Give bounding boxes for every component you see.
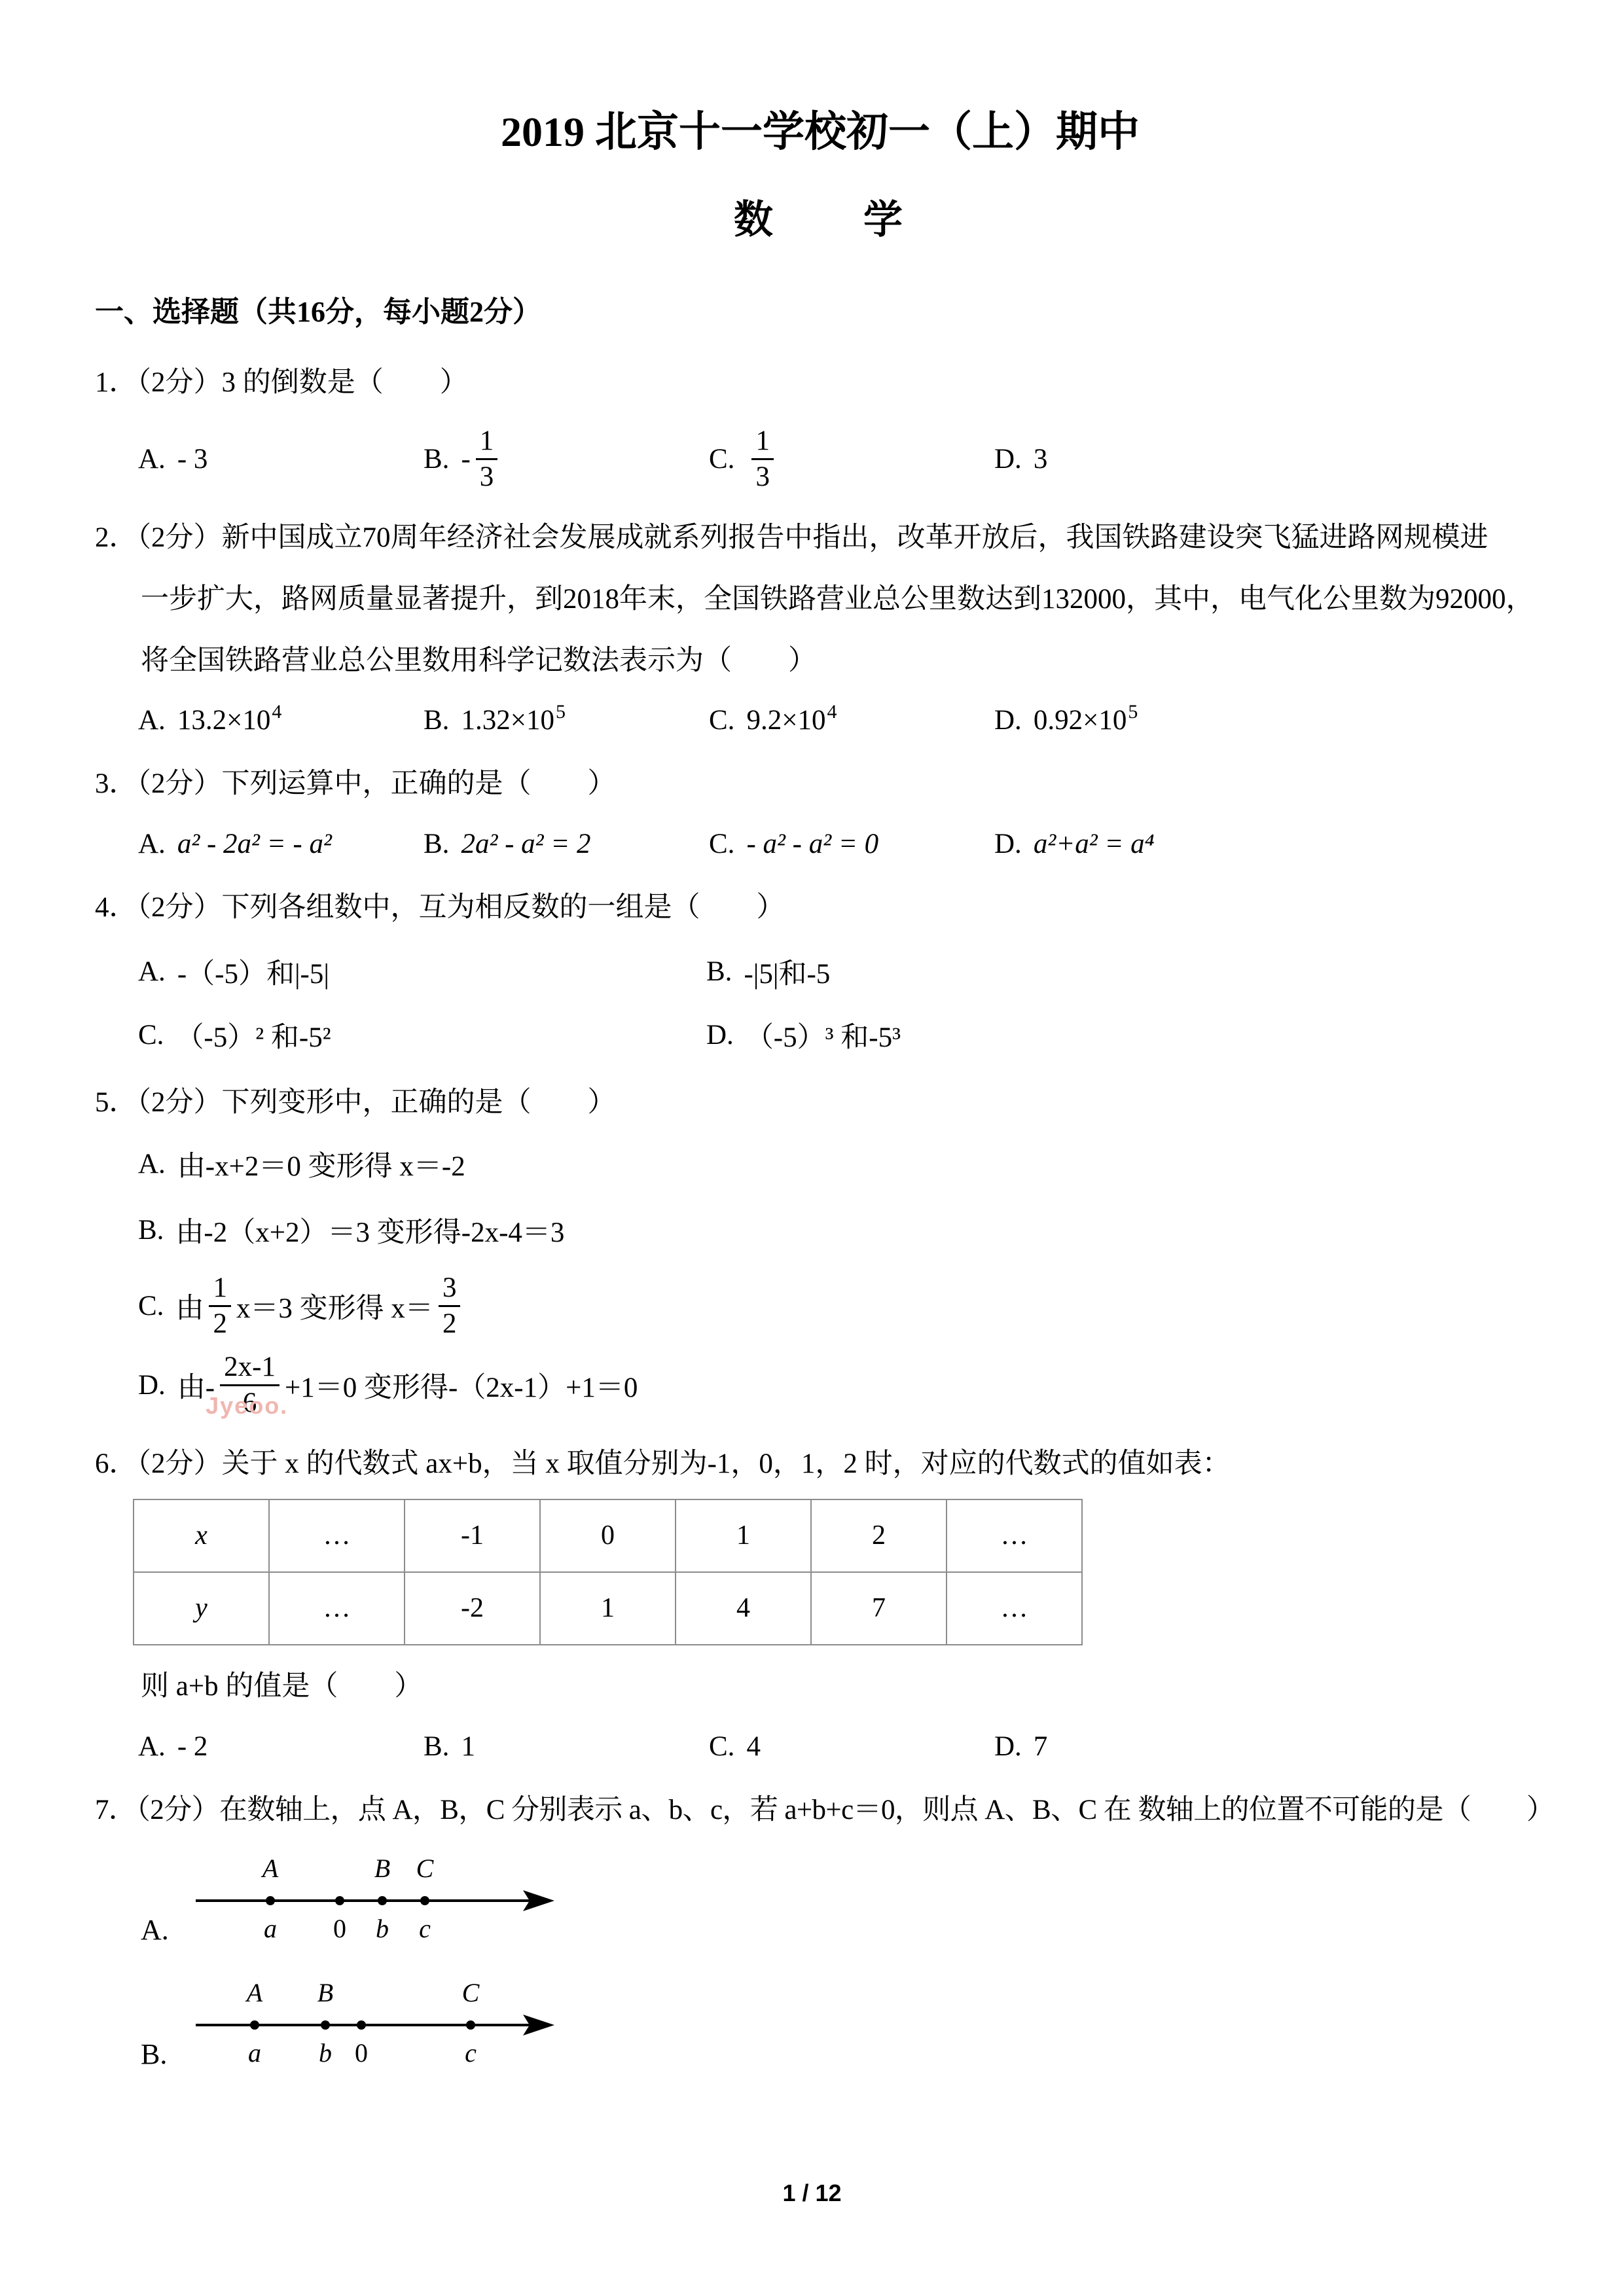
option-value: 由-2（x+2）＝3 变形得-2x-4＝3 (175, 1210, 564, 1250)
option-letter: C. (709, 828, 734, 860)
point-dot-c (420, 1896, 429, 1905)
option-letter: A. (138, 443, 166, 475)
option-letter: C. (709, 704, 734, 736)
option-pre: 由 (175, 1286, 204, 1326)
option-post: +1＝0 变形得-（2x-1）+1＝0 (285, 1365, 638, 1405)
option-letter: A. (138, 956, 166, 988)
coord-label-0: 0 (355, 2038, 368, 2068)
option-letter: D. (706, 1019, 734, 1051)
q5-option-c: C. 由 1 2 x＝3 变形得 x＝ 3 2 (95, 1272, 1545, 1340)
option-letter: D. (994, 704, 1022, 736)
q3-option-b: B. 2a² - a² = 2 (424, 828, 709, 860)
point-label-C: C (416, 1854, 435, 1883)
number-line-a: A B C a 0 b c (196, 1850, 654, 1948)
question-2-line2: 一步扩大，路网质量显著提升，到2018年末，全国铁路营业总公里数达到132000… (95, 582, 1545, 617)
question-2-line3: 将全国铁路营业总公里数用科学记数法表示为（ ） (95, 643, 1545, 679)
coord-label-c: c (419, 1914, 431, 1943)
option-value: 13.2×104 (177, 704, 282, 736)
exponent: 5 (1128, 701, 1138, 723)
table-cell: -2 (405, 1572, 540, 1645)
fraction: 1 3 (751, 425, 774, 493)
table-row-x: x … -1 0 1 2 … (134, 1499, 1082, 1572)
table-cell: x (134, 1499, 269, 1572)
table-row-y: y … -2 1 4 7 … (134, 1572, 1082, 1645)
option-letter: C. (709, 443, 734, 475)
fraction: 1 3 (476, 425, 498, 493)
q1-option-c: C. 1 3 (709, 425, 994, 493)
q1-option-a: A. - 3 (138, 443, 424, 475)
q7-option-b-diagram: B. A B C a b 0 c (95, 1974, 1545, 2072)
option-letter: A. (138, 1148, 166, 1180)
option-value: 由-x+2＝0 变形得 x＝-2 (177, 1144, 465, 1184)
point-label-C: C (462, 1978, 480, 2007)
coord-label-a: a (264, 1914, 277, 1943)
option-value: 1.32×105 (461, 704, 566, 736)
option-letter: B. (424, 704, 449, 736)
q6-option-d: D. 7 (994, 1731, 1047, 1763)
option-mid: x＝3 变形得 x＝ (236, 1286, 433, 1326)
q4-option-b: B. -|5|和-5 (706, 952, 830, 992)
point-dot-origin (357, 2020, 366, 2030)
option-value: - 2 (177, 1731, 208, 1763)
q5-option-b: B. 由-2（x+2）＝3 变形得-2x-4＝3 (95, 1210, 1545, 1250)
question-1-stem: 1．（2分）3 的倒数是（ ） (95, 365, 1545, 401)
option-letter: A. (138, 1731, 166, 1763)
q2-option-a: A. 13.2×104 (138, 704, 424, 736)
coord-label-0: 0 (333, 1914, 346, 1943)
fraction: 3 2 (439, 1272, 461, 1340)
option-letter: A. (138, 704, 166, 736)
option-value: 0.92×105 (1034, 704, 1138, 736)
point-dot-b (321, 2020, 330, 2030)
exponent: 4 (827, 701, 837, 723)
table-cell: 2 (811, 1499, 947, 1572)
fraction-numerator: 2x-1 (220, 1352, 280, 1386)
table-cell: y (134, 1572, 269, 1645)
option-value: 1 (461, 1731, 475, 1763)
exam-page: 2019 北京十一学校初一（上）期中 数 学 一、选择题（共16分，每小题2分）… (0, 0, 1624, 2296)
subject-title: 数 学 (95, 188, 1545, 245)
fraction-denominator: 3 (751, 460, 774, 493)
option-letter: C. (138, 1290, 164, 1322)
q4-option-d: D. （-5）³ 和-5³ (706, 1015, 901, 1055)
q1-option-b: B. - 1 3 (424, 425, 709, 493)
option-letter: B. (424, 443, 449, 475)
fraction-numerator: 1 (209, 1272, 231, 1307)
q2-option-d: D. 0.92×105 (994, 704, 1138, 736)
table-cell: … (269, 1499, 405, 1572)
point-label-B: B (317, 1978, 333, 2007)
question-4-stem: 4．（2分）下列各组数中，互为相反数的一组是（ ） (95, 890, 1545, 925)
q3-option-a: A. a² - 2a² = - a² (138, 828, 424, 860)
table-cell: 7 (811, 1572, 947, 1645)
page-content: 2019 北京十一学校初一（上）期中 数 学 一、选择题（共16分，每小题2分）… (0, 0, 1624, 2072)
fraction-numerator: 3 (439, 1272, 461, 1307)
q7-option-a-diagram: A. A B C a 0 b c (95, 1850, 1545, 1948)
point-dot-a (250, 2020, 259, 2030)
point-dot-b (378, 1896, 387, 1905)
option-value: 2a² - a² = 2 (461, 828, 590, 860)
number-line-b: A B C a b 0 c (196, 1974, 654, 2072)
coord-label-a: a (248, 2038, 261, 2068)
option-pre: 由- (177, 1365, 215, 1405)
point-label-A: A (261, 1854, 279, 1883)
question-6-after-table: 则 a+b 的值是（ ） (95, 1669, 1545, 1704)
option-letter: B. (424, 828, 449, 860)
table-cell: … (269, 1572, 405, 1645)
fraction-with-watermark: 2x-1 6 Jyeoo. (215, 1352, 285, 1419)
fraction-denominator: 2 (209, 1307, 231, 1340)
option-value: 7 (1034, 1731, 1048, 1763)
option-letter: D. (138, 1369, 166, 1401)
point-dot-a (266, 1896, 275, 1905)
option-value: -（-5）和|-5| (177, 952, 329, 992)
option-value: -|5|和-5 (744, 952, 830, 992)
option-value: - 3 (177, 443, 208, 475)
q6-option-b: B. 1 (424, 1731, 709, 1763)
option-letter: D. (994, 443, 1022, 475)
table-cell: 0 (540, 1499, 676, 1572)
option-letter: A. (141, 1913, 196, 1948)
coord-label-b: b (376, 1914, 389, 1943)
table-cell: 1 (540, 1572, 676, 1645)
question-7-stem: 7．（2分）在数轴上，点 A，B，C 分别表示 a、b、c，若 a+b+c＝0，… (95, 1793, 1545, 1828)
q6-option-a: A. - 2 (138, 1731, 424, 1763)
option-letter: C. (709, 1731, 734, 1763)
q4-option-c: C. （-5）² 和-5² (138, 1015, 706, 1055)
minus-sign: - (461, 443, 470, 475)
option-letter: B. (141, 2037, 196, 2072)
table-cell: 4 (676, 1572, 811, 1645)
value-table: x … -1 0 1 2 … y … -2 1 4 7 … (133, 1499, 1083, 1645)
question-4-options-row2: C. （-5）² 和-5² D. （-5）³ 和-5³ (95, 1015, 1545, 1055)
option-value: a² - 2a² = - a² (177, 828, 332, 860)
q5-option-a: A. 由-x+2＝0 变形得 x＝-2 (95, 1144, 1545, 1184)
option-letter: B. (706, 956, 732, 988)
option-value: 9.2×104 (746, 704, 837, 736)
q3-option-c: C. - a² - a² = 0 (709, 828, 994, 860)
exponent: 4 (272, 701, 281, 723)
question-5-stem: 5．（2分）下列变形中，正确的是（ ） (95, 1085, 1545, 1121)
fraction: 1 2 (209, 1272, 231, 1340)
page-number: 1 / 12 (0, 2179, 1624, 2207)
question-2-options: A. 13.2×104 B. 1.32×105 C. 9.2×104 D. 0.… (95, 704, 1545, 736)
fraction-numerator: 1 (476, 425, 498, 460)
option-letter: B. (424, 1731, 449, 1763)
option-value: （-5）³ 和-5³ (746, 1015, 901, 1055)
section-header: 一、选择题（共16分，每小题2分） (95, 288, 1545, 330)
option-letter: B. (138, 1214, 164, 1246)
option-value: - a² - a² = 0 (746, 828, 878, 860)
table-cell: … (947, 1499, 1082, 1572)
option-value: a²+a² = a⁴ (1034, 828, 1155, 860)
option-value: 3 (1034, 443, 1048, 475)
question-6-options: A. - 2 B. 1 C. 4 D. 7 (95, 1731, 1545, 1763)
fraction-denominator: 6 (239, 1386, 261, 1419)
q2-option-c: C. 9.2×104 (709, 704, 994, 736)
option-letter: D. (994, 1731, 1022, 1763)
q1-option-d: D. 3 (994, 443, 1047, 475)
question-3-stem: 3．（2分）下列运算中，正确的是（ ） (95, 766, 1545, 802)
point-label-B: B (374, 1854, 390, 1883)
fraction: 2x-1 6 (220, 1352, 280, 1419)
option-value: 4 (746, 1731, 761, 1763)
option-letter: C. (138, 1019, 164, 1051)
fraction-denominator: 2 (439, 1307, 461, 1340)
question-1-options: A. - 3 B. - 1 3 C. 1 3 D. 3 (95, 425, 1545, 493)
coord-label-c: c (465, 2038, 477, 2068)
q4-option-a: A. -（-5）和|-5| (138, 952, 706, 992)
question-6-stem: 6．（2分）关于 x 的代数式 ax+b，当 x 取值分别为-1，0，1，2 时… (95, 1446, 1545, 1482)
option-letter: A. (138, 828, 166, 860)
point-dot-origin (335, 1896, 344, 1905)
question-3-options: A. a² - 2a² = - a² B. 2a² - a² = 2 C. - … (95, 828, 1545, 860)
coord-label-b: b (319, 2038, 332, 2068)
question-4-options-row1: A. -（-5）和|-5| B. -|5|和-5 (95, 952, 1545, 992)
table-cell: 1 (676, 1499, 811, 1572)
exponent: 5 (556, 701, 566, 723)
fraction-numerator: 1 (751, 425, 774, 460)
table-cell: -1 (405, 1499, 540, 1572)
q2-option-b: B. 1.32×105 (424, 704, 709, 736)
table-cell: … (947, 1572, 1082, 1645)
option-value: （-5）² 和-5² (175, 1015, 331, 1055)
point-dot-c (466, 2020, 475, 2030)
q3-option-d: D. a²+a² = a⁴ (994, 828, 1155, 860)
question-2-line1: 2．（2分）新中国成立70周年经济社会发展成就系列报告中指出，改革开放后，我国铁… (95, 520, 1545, 556)
point-label-A: A (245, 1978, 263, 2007)
q6-option-c: C. 4 (709, 1731, 994, 1763)
option-letter: D. (994, 828, 1022, 860)
exam-title: 2019 北京十一学校初一（上）期中 (95, 98, 1545, 158)
fraction-denominator: 3 (476, 460, 498, 493)
q5-option-d: D. 由- 2x-1 6 Jyeoo. +1＝0 变形得-（2x-1）+1＝0 (95, 1352, 1545, 1419)
